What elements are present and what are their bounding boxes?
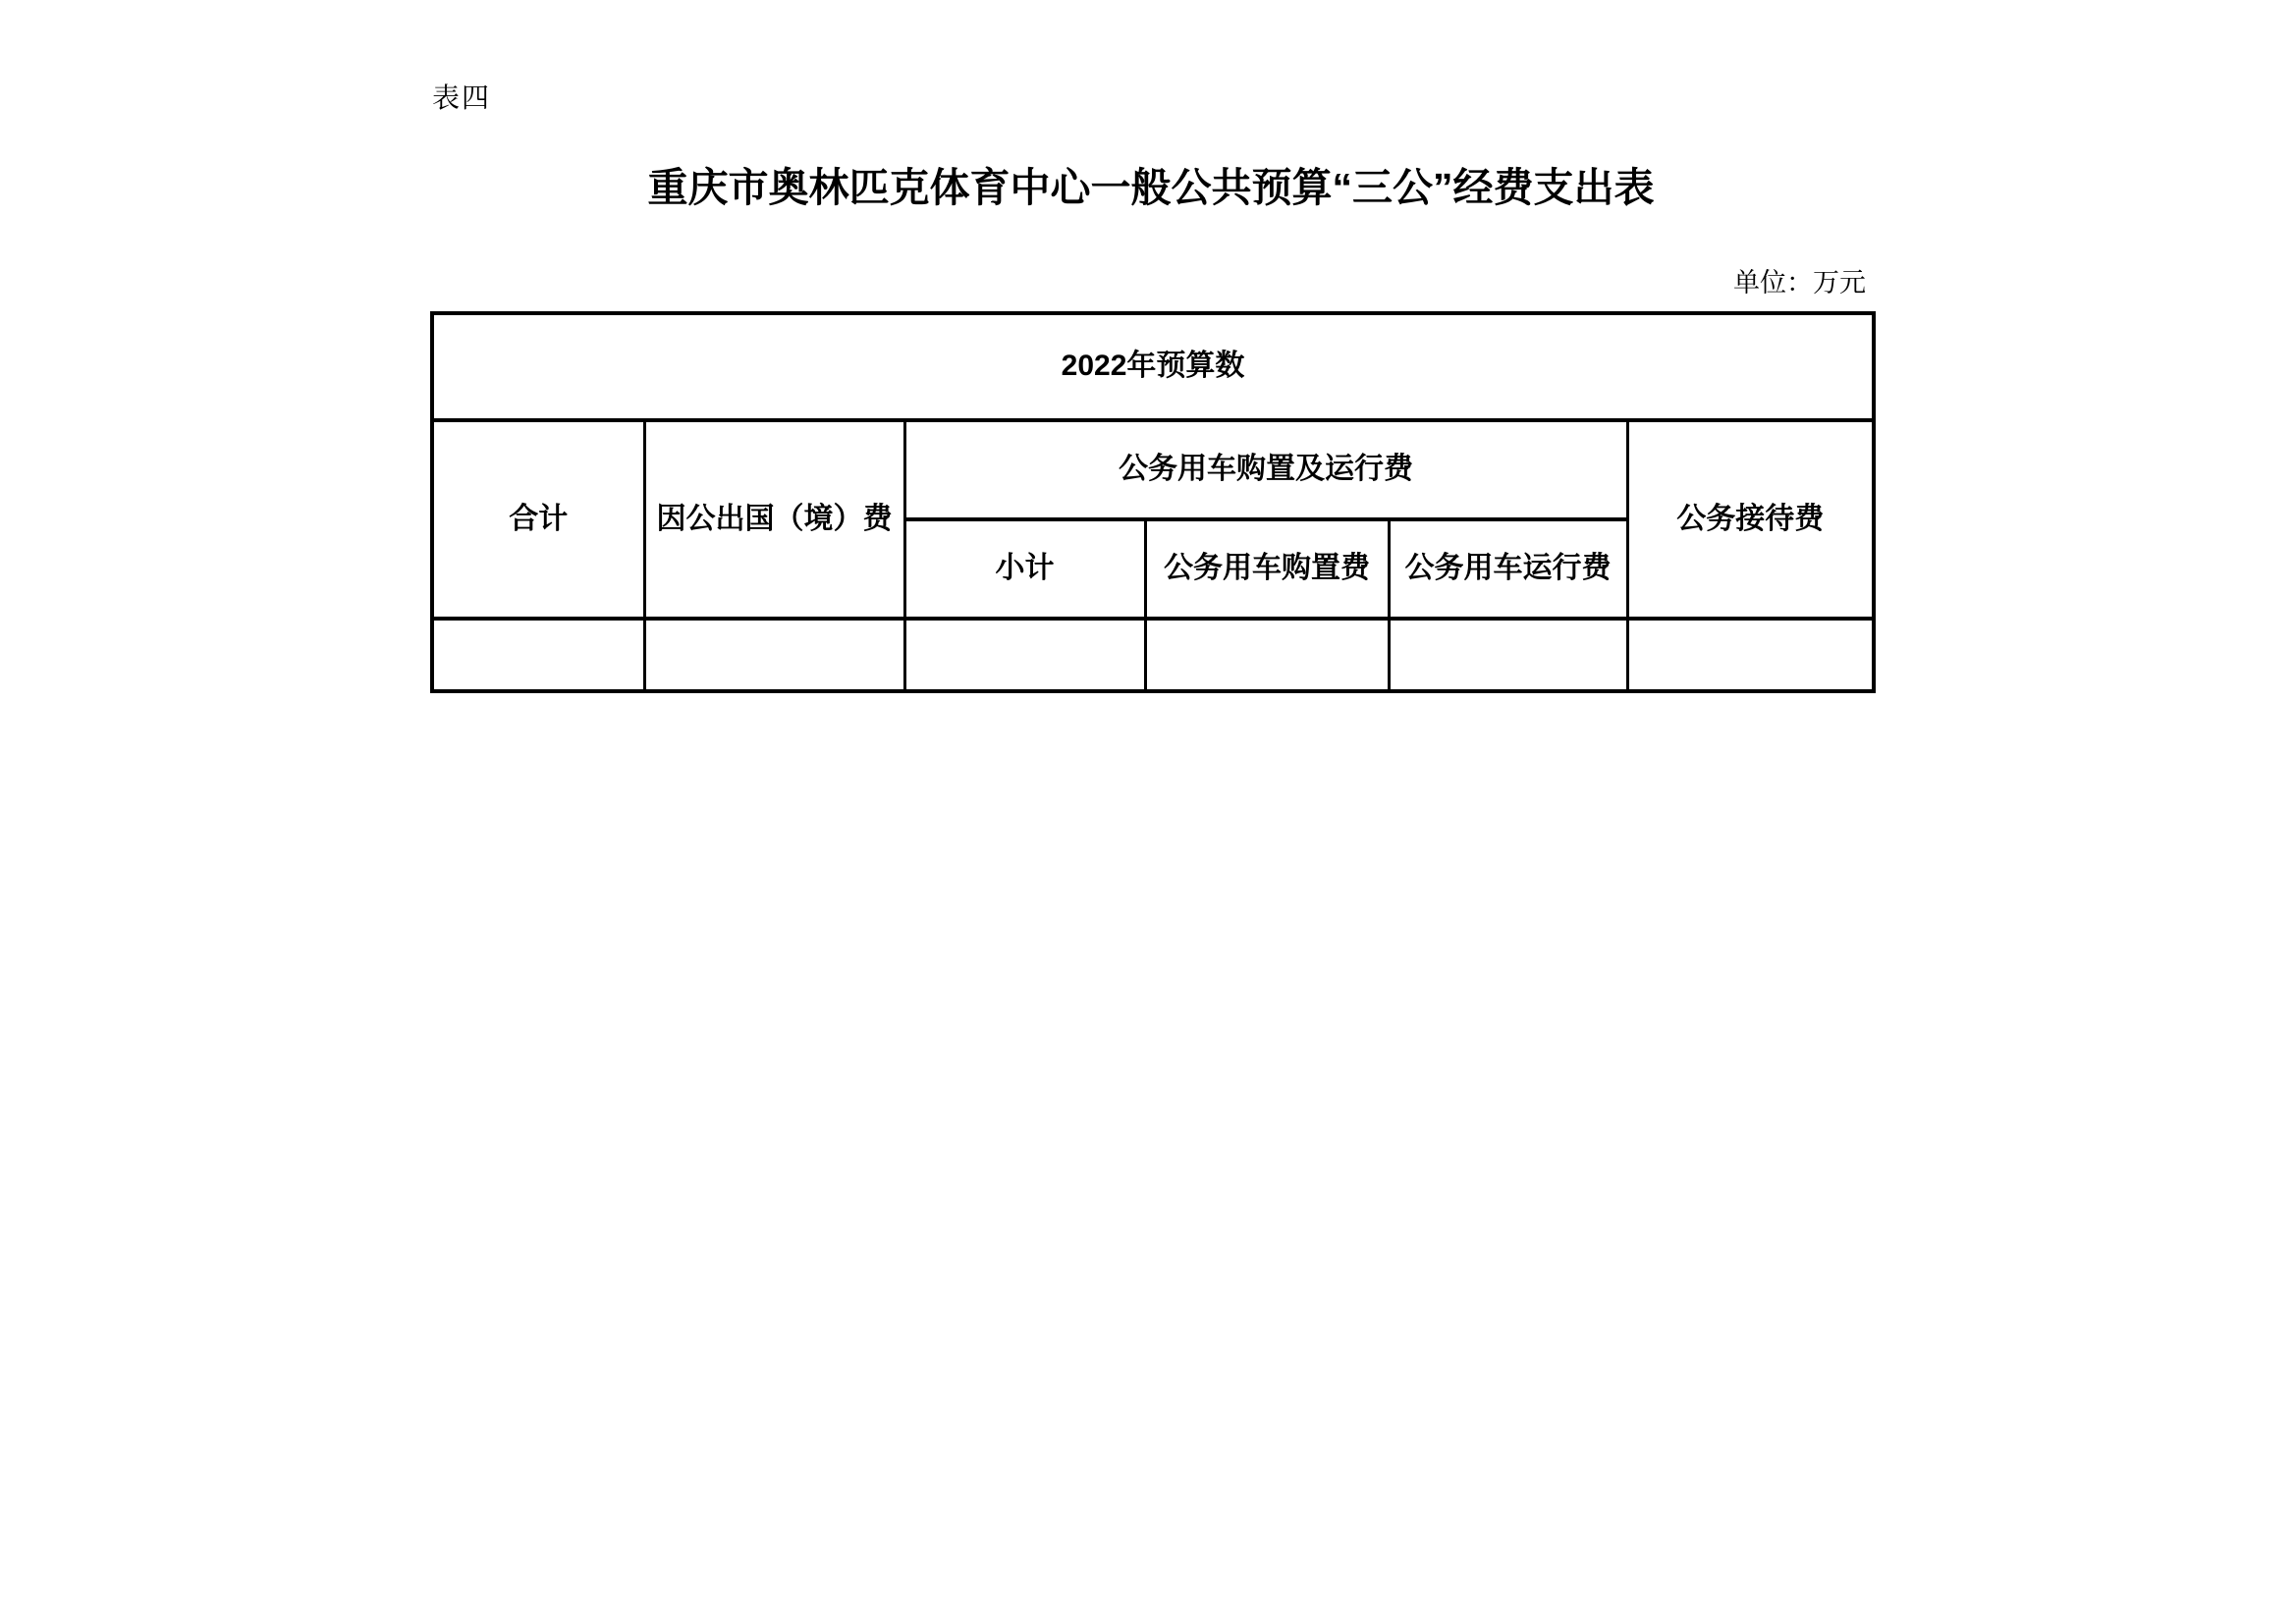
document-page: 表四 重庆市奥林匹克体育中心一般公共预算“三公”经费支出表 单位：万元 2022… — [0, 0, 2296, 1623]
year-header-row: 2022年预算数 — [432, 313, 1874, 420]
col-header-vehicle-operation: 公务用车运行费 — [1389, 519, 1627, 619]
col-header-vehicle-purchase: 公务用车购置费 — [1145, 519, 1389, 619]
col-header-vehicle-subtotal: 小计 — [904, 519, 1145, 619]
col-header-abroad-expense: 因公出国（境）费 — [644, 420, 904, 619]
three-public-expense-table: 2022年预算数 合计 因公出国（境）费 公务用车购置及运行费 公务接待费 小计… — [430, 311, 1876, 693]
data-cell-abroad-expense — [644, 619, 904, 691]
table-number-label: 表四 — [432, 77, 491, 116]
col-header-total: 合计 — [432, 420, 644, 619]
unit-label: 单位：万元 — [430, 261, 1866, 299]
data-cell-reception-expense — [1627, 619, 1874, 691]
page-title: 重庆市奥林匹克体育中心一般公共预算“三公”经费支出表 — [430, 155, 1872, 213]
data-cell-vehicle-subtotal — [904, 619, 1145, 691]
header-row-upper: 合计 因公出国（境）费 公务用车购置及运行费 公务接待费 — [432, 420, 1874, 519]
year-header-cell: 2022年预算数 — [432, 313, 1874, 420]
data-row — [432, 619, 1874, 691]
data-cell-vehicle-purchase — [1145, 619, 1389, 691]
data-cell-total — [432, 619, 644, 691]
col-header-vehicle-group: 公务用车购置及运行费 — [904, 420, 1627, 519]
data-cell-vehicle-operation — [1389, 619, 1627, 691]
col-header-reception-expense: 公务接待费 — [1627, 420, 1874, 619]
